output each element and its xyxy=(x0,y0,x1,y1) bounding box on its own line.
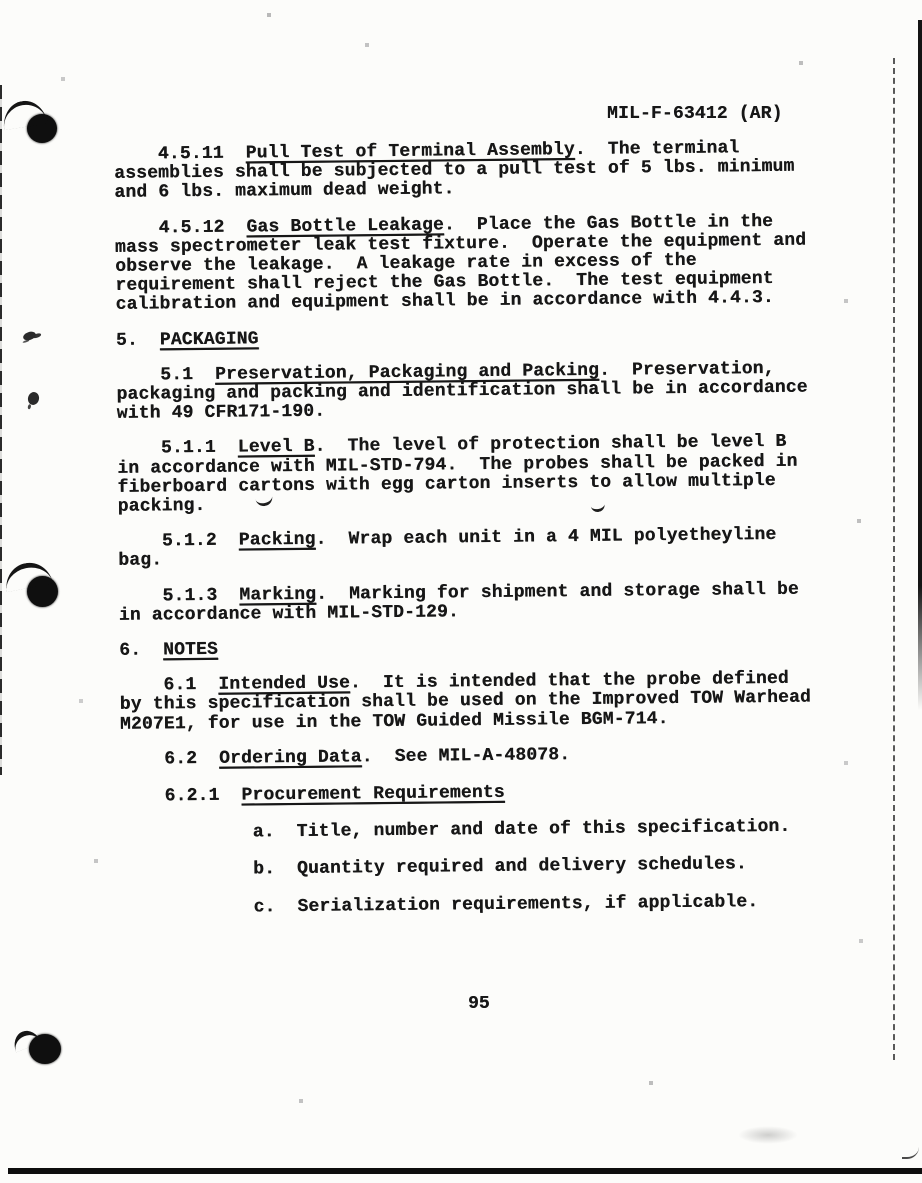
text-segment: 5.1.1 xyxy=(117,438,238,459)
underlined-heading: Ordering Data xyxy=(219,747,362,768)
section-heading-5: 5. PACKAGING xyxy=(116,324,828,351)
underlined-heading: Marking xyxy=(239,584,316,605)
text-segment: 5.1.3 xyxy=(119,585,240,606)
document-id-header: MIL-F-63412 (AR) xyxy=(607,104,783,124)
corner-curl-mark xyxy=(902,1147,919,1159)
list-item-a: a. Title, number and date of this specif… xyxy=(121,818,833,845)
text-segment: 6.2.1 xyxy=(121,786,242,807)
underlined-heading: Level B xyxy=(238,437,315,458)
paragraph-5-1-2: 5.1.2 Packing. Wrap each unit in a 4 MIL… xyxy=(118,526,830,572)
paragraph-5-1: 5.1 Preservation, Packaging and Packing.… xyxy=(116,359,829,424)
underlined-heading: Intended Use xyxy=(218,674,350,695)
ink-smudge-left-margin-2 xyxy=(27,391,41,406)
scan-edge-left xyxy=(0,85,2,775)
text-segment: 5.1 xyxy=(116,365,215,386)
text-segment: 6.1 xyxy=(119,675,218,696)
page-number: 95 xyxy=(468,994,490,1014)
ink-smudge-left-margin-1 xyxy=(22,330,37,342)
scan-edge-bottom-bar xyxy=(8,1168,922,1174)
document-body: 4.5.11 Pull Test of Terminal Assembly. T… xyxy=(114,138,834,934)
paragraph-6-1: 6.1 Intended Use. It is intended that th… xyxy=(119,670,832,735)
paragraph-6-2: 6.2 Ordering Data. See MIL-A-48078. xyxy=(120,743,832,770)
text-segment: 4.5.11 xyxy=(114,143,246,164)
scanned-spec-page: { "colors": { "ink": "#171717", "paper":… xyxy=(0,0,922,1183)
text-segment: 6.2 xyxy=(120,749,219,770)
text-segment: b. Quantity required and delivery schedu… xyxy=(121,855,747,882)
underlined-heading: Packing xyxy=(239,530,316,551)
text-segment: 6. xyxy=(119,640,163,660)
text-segment: 5.1.2 xyxy=(118,531,239,552)
paragraph-5-1-3: 5.1.3 Marking. Marking for shipment and … xyxy=(119,580,831,626)
gray-smudge-bottom xyxy=(738,1126,798,1144)
underlined-heading: PACKAGING xyxy=(160,329,259,350)
underlined-heading: NOTES xyxy=(163,640,218,661)
scan-edge-right-strip xyxy=(918,20,922,710)
text-segment: 5. xyxy=(116,330,160,350)
paragraph-4-5-11: 4.5.11 Pull Test of Terminal Assembly. T… xyxy=(114,138,827,203)
list-item-b: b. Quantity required and delivery schedu… xyxy=(121,855,833,882)
paragraph-6-2-1: 6.2.1 Procurement Requirements xyxy=(121,780,833,807)
text-segment: a. Title, number and date of this specif… xyxy=(121,817,790,844)
scan-noise-specks xyxy=(0,0,2,2)
text-segment: c. Serialization requirements, if applic… xyxy=(122,892,759,919)
scan-edge-right-dashed-line xyxy=(893,58,895,1060)
text-segment: . See MIL-A-48078. xyxy=(362,745,571,767)
paragraph-5-1-1: 5.1.1 Level B. The level of protection s… xyxy=(117,433,830,517)
section-heading-6: 6. NOTES xyxy=(119,634,831,661)
list-item-c: c. Serialization requirements, if applic… xyxy=(122,892,834,919)
paragraph-4-5-12: 4.5.12 Gas Bottle Leakage. Place the Gas… xyxy=(115,212,828,315)
underlined-heading: Procurement Requirements xyxy=(241,783,505,806)
text-segment: 4.5.12 xyxy=(115,217,247,238)
